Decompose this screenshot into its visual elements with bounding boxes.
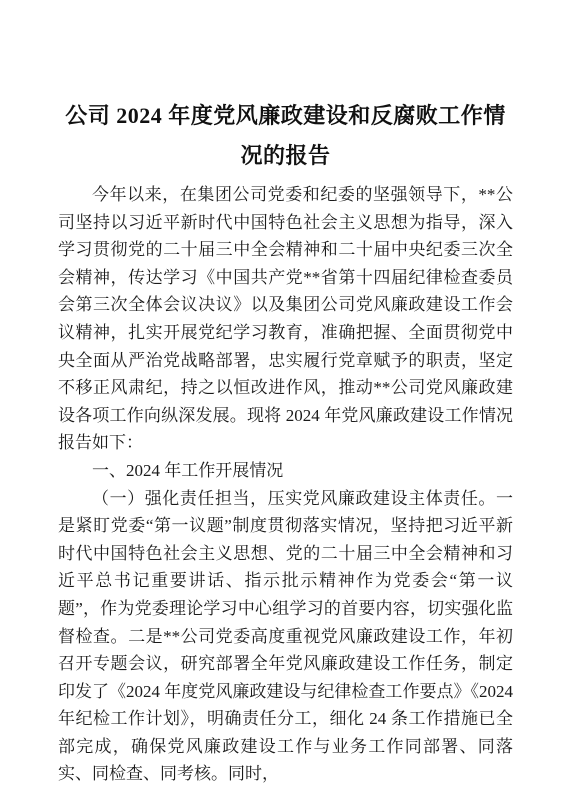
document-page: 公司 2024 年度党风廉政建设和反腐败工作情况的报告 今年以来，在集团公司党委… <box>0 0 570 807</box>
document-title: 公司 2024 年度党风廉政建设和反腐败工作情况的报告 <box>58 96 513 176</box>
document-body: 今年以来，在集团公司党委和纪委的坚强领导下，**公司坚持以习近平新时代中国特色社… <box>58 181 513 788</box>
section-heading: 一、2024 年工作开展情况 <box>58 457 513 485</box>
paragraph-intro: 今年以来，在集团公司党委和纪委的坚强领导下，**公司坚持以习近平新时代中国特色社… <box>58 181 513 457</box>
paragraph-section-one: （一）强化责任担当，压实党风廉政建设主体责任。一是紧盯党委“第一议题”制度贯彻落… <box>58 485 513 789</box>
